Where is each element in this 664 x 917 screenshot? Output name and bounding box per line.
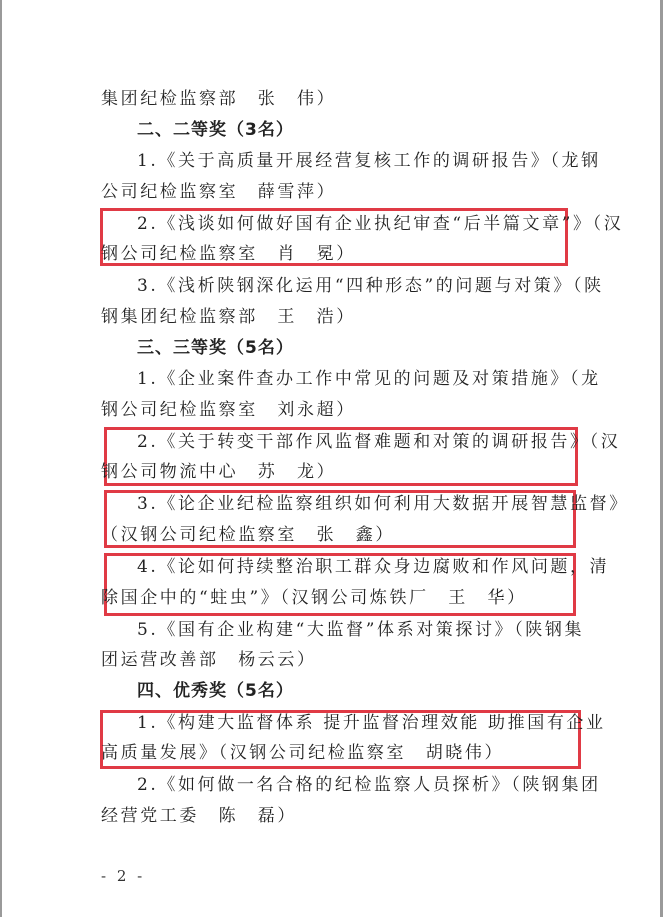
entry-line: 1.《企业案件查办工作中常见的问题及对策措施》（龙	[137, 369, 601, 389]
entry-line: 3.《浅析陕钢深化运用“四种形态”的问题与对策》（陕	[137, 276, 604, 296]
section-heading-excellence-award: 四、优秀奖（5名）	[137, 681, 294, 701]
section-heading-third-prize: 三、三等奖（5名）	[137, 338, 294, 358]
entry-line: 5.《国有企业构建“大监督”体系对策探讨》（陕钢集	[137, 620, 584, 640]
entry-line: 钢公司纪检监察室 刘永超）	[101, 400, 356, 420]
page-number: - 2 -	[101, 867, 145, 885]
page-border-right	[660, 0, 663, 917]
entry-line: 3.《论企业纪检监察组织如何利用大数据开展智慧监督》	[137, 494, 629, 514]
entry-line: 2.《浅谈如何做好国有企业执纪审查“后半篇文章”》（汉	[137, 214, 623, 234]
entry-line: 钢集团纪检监察部 王 浩）	[101, 307, 356, 327]
entry-line: 除国企中的“蛀虫”》（汉钢公司炼铁厂 王 华）	[101, 588, 527, 608]
entry-line: 钢公司纪检监察室 肖 冕）	[101, 244, 356, 264]
section-heading-second-prize: 二、二等奖（3名）	[137, 120, 294, 140]
entry-line: 2.《关于转变干部作风监督难题和对策的调研报告》（汉	[137, 432, 620, 452]
entry-line: 经营党工委 陈 磊）	[101, 806, 297, 826]
page-border-left	[0, 0, 2, 917]
entry-line: 2.《如何做一名合格的纪检监察人员探析》（陕钢集团	[137, 775, 601, 795]
entry-line: 1.《关于高质量开展经营复核工作的调研报告》（龙钢	[137, 151, 601, 171]
entry-line: 公司纪检监察室 薛雪萍）	[101, 182, 336, 202]
entry-line: 4.《论如何持续整治职工群众身边腐败和作风问题，清	[137, 557, 609, 577]
entry-line: （汉钢公司纪检监察室 张 鑫）	[101, 525, 395, 545]
entry-line: 团运营改善部 杨云云）	[101, 650, 317, 670]
continuation-line: 集团纪检监察部 张 伟）	[101, 89, 336, 109]
entry-line: 1.《构建大监督体系 提升监督治理效能 助推国有企业	[137, 713, 606, 733]
entry-line: 高质量发展》（汉钢公司纪检监察室 胡晓伟）	[101, 743, 504, 763]
entry-line: 钢公司物流中心 苏 龙）	[101, 462, 336, 482]
